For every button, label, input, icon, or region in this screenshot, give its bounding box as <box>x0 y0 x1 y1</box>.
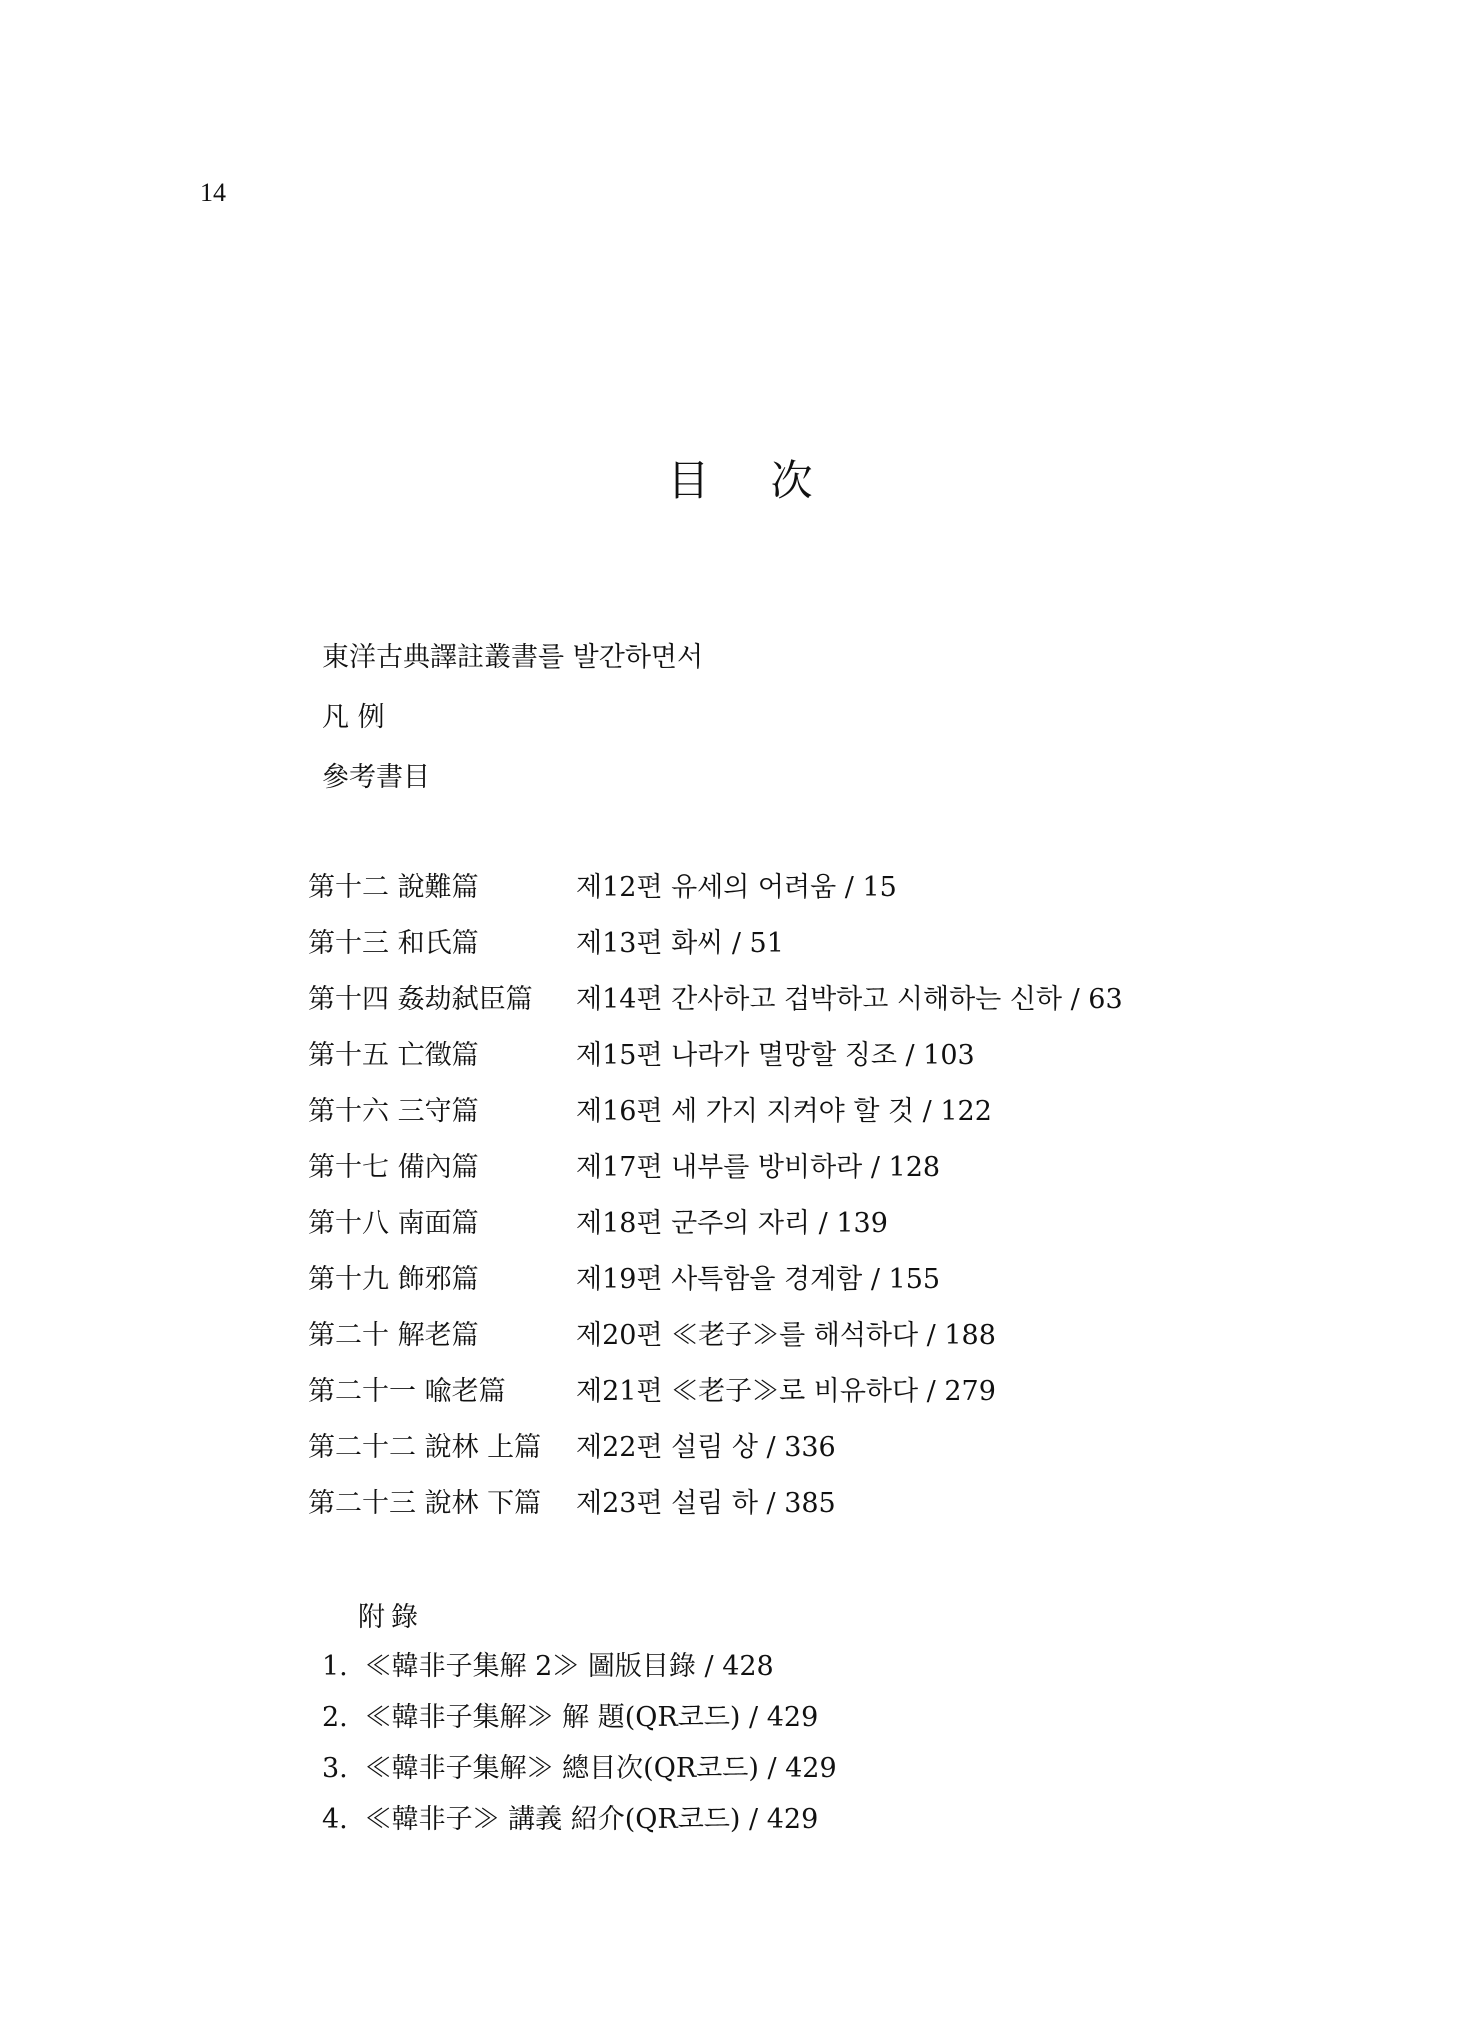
chapter-row: 第十二 說難篇 제12편 유세의 어려움 / 15 <box>308 868 1123 924</box>
chapter-title-korean: 제18편 군주의 자리 / 139 <box>576 1204 1123 1260</box>
front-matter-item-publication-preface: 東洋古典譯註叢書를 발간하면서 <box>322 638 703 698</box>
chapter-row: 第十六 三守篇 제16편 세 가지 지켜야 할 것 / 122 <box>308 1092 1123 1148</box>
appendix-item-number: 2. <box>322 1698 356 1738</box>
appendix-item: 4. ≪韓非子≫ 講義 紹介(QR코드) / 429 <box>322 1800 837 1851</box>
chapter-title-classical: 第十九 飾邪篇 <box>308 1260 576 1316</box>
appendix-item-text: ≪韓非子集解≫ 解 題(QR코드) / 429 <box>365 1702 819 1733</box>
chapter-title-korean: 제21편 ≪老子≫로 비유하다 / 279 <box>576 1372 1123 1428</box>
chapter-title-classical: 第十二 說難篇 <box>308 868 576 924</box>
appendix-item-number: 4. <box>322 1800 356 1840</box>
chapter-title-korean: 제19편 사특함을 경계함 / 155 <box>576 1260 1123 1316</box>
appendix-heading: 附錄 <box>358 1595 424 1634</box>
chapter-title-korean: 제12편 유세의 어려움 / 15 <box>576 868 1123 924</box>
chapter-title-classical: 第十五 亡徵篇 <box>308 1036 576 1092</box>
chapter-row: 第十五 亡徵篇 제15편 나라가 멸망할 징조 / 103 <box>308 1036 1123 1092</box>
chapter-row: 第二十一 喩老篇 제21편 ≪老子≫로 비유하다 / 279 <box>308 1372 1123 1428</box>
appendix-item-number: 3. <box>322 1749 356 1789</box>
chapter-row: 第十三 和氏篇 제13편 화씨 / 51 <box>308 924 1123 980</box>
appendix-item: 2. ≪韓非子集解≫ 解 題(QR코드) / 429 <box>322 1698 837 1749</box>
front-matter-item-explanatory-notes: 凡 例 <box>322 698 703 758</box>
appendix-item-number: 1. <box>322 1647 356 1687</box>
front-matter-item-bibliography: 參考書目 <box>322 758 703 818</box>
chapter-title-classical: 第十七 備內篇 <box>308 1148 576 1204</box>
chapter-title-korean: 제16편 세 가지 지켜야 할 것 / 122 <box>576 1092 1123 1148</box>
chapter-row: 第十七 備內篇 제17편 내부를 방비하라 / 128 <box>308 1148 1123 1204</box>
chapter-title-classical: 第十三 和氏篇 <box>308 924 576 980</box>
chapter-title-classical: 第二十三 說林 下篇 <box>308 1484 576 1540</box>
page-number: 14 <box>200 178 226 208</box>
chapter-row: 第十八 南面篇 제18편 군주의 자리 / 139 <box>308 1204 1123 1260</box>
chapter-title-classical: 第十八 南面篇 <box>308 1204 576 1260</box>
chapter-row: 第二十二 說林 上篇 제22편 설림 상 / 336 <box>308 1428 1123 1484</box>
chapter-title-korean: 제20편 ≪老子≫를 해석하다 / 188 <box>576 1316 1123 1372</box>
appendix-item: 1. ≪韓非子集解 2≫ 圖版目錄 / 428 <box>322 1647 837 1698</box>
chapter-list: 第十二 說難篇 제12편 유세의 어려움 / 15 第十三 和氏篇 제13편 화… <box>308 868 1123 1540</box>
chapter-title-classical: 第十六 三守篇 <box>308 1092 576 1148</box>
chapter-title-korean: 제13편 화씨 / 51 <box>576 924 1123 980</box>
chapter-row: 第二十 解老篇 제20편 ≪老子≫를 해석하다 / 188 <box>308 1316 1123 1372</box>
chapter-title-korean: 제23편 설림 하 / 385 <box>576 1484 1123 1540</box>
front-matter-list: 東洋古典譯註叢書를 발간하면서 凡 例 參考書目 <box>322 638 703 818</box>
chapter-row: 第二十三 說林 下篇 제23편 설림 하 / 385 <box>308 1484 1123 1540</box>
appendix-item-text: ≪韓非子集解 2≫ 圖版目錄 / 428 <box>365 1651 774 1682</box>
chapter-title-korean: 제22편 설림 상 / 336 <box>576 1428 1123 1484</box>
chapter-title-korean: 제14편 간사하고 겁박하고 시해하는 신하 / 63 <box>576 980 1123 1036</box>
appendix-item-text: ≪韓非子集解≫ 總目次(QR코드) / 429 <box>365 1753 837 1784</box>
chapter-title-classical: 第二十一 喩老篇 <box>308 1372 576 1428</box>
appendix-item-text: ≪韓非子≫ 講義 紹介(QR코드) / 429 <box>365 1804 819 1835</box>
appendix-list: 1. ≪韓非子集解 2≫ 圖版目錄 / 428 2. ≪韓非子集解≫ 解 題(Q… <box>322 1647 837 1851</box>
chapter-title-classical: 第十四 姦劫弑臣篇 <box>308 980 576 1036</box>
page-title: 目 次 <box>0 448 1480 508</box>
appendix-item: 3. ≪韓非子集解≫ 總目次(QR코드) / 429 <box>322 1749 837 1800</box>
chapter-title-classical: 第二十二 說林 上篇 <box>308 1428 576 1484</box>
chapter-title-korean: 제15편 나라가 멸망할 징조 / 103 <box>576 1036 1123 1092</box>
chapter-row: 第十九 飾邪篇 제19편 사특함을 경계함 / 155 <box>308 1260 1123 1316</box>
chapter-title-classical: 第二十 解老篇 <box>308 1316 576 1372</box>
chapter-title-korean: 제17편 내부를 방비하라 / 128 <box>576 1148 1123 1204</box>
chapter-row: 第十四 姦劫弑臣篇 제14편 간사하고 겁박하고 시해하는 신하 / 63 <box>308 980 1123 1036</box>
